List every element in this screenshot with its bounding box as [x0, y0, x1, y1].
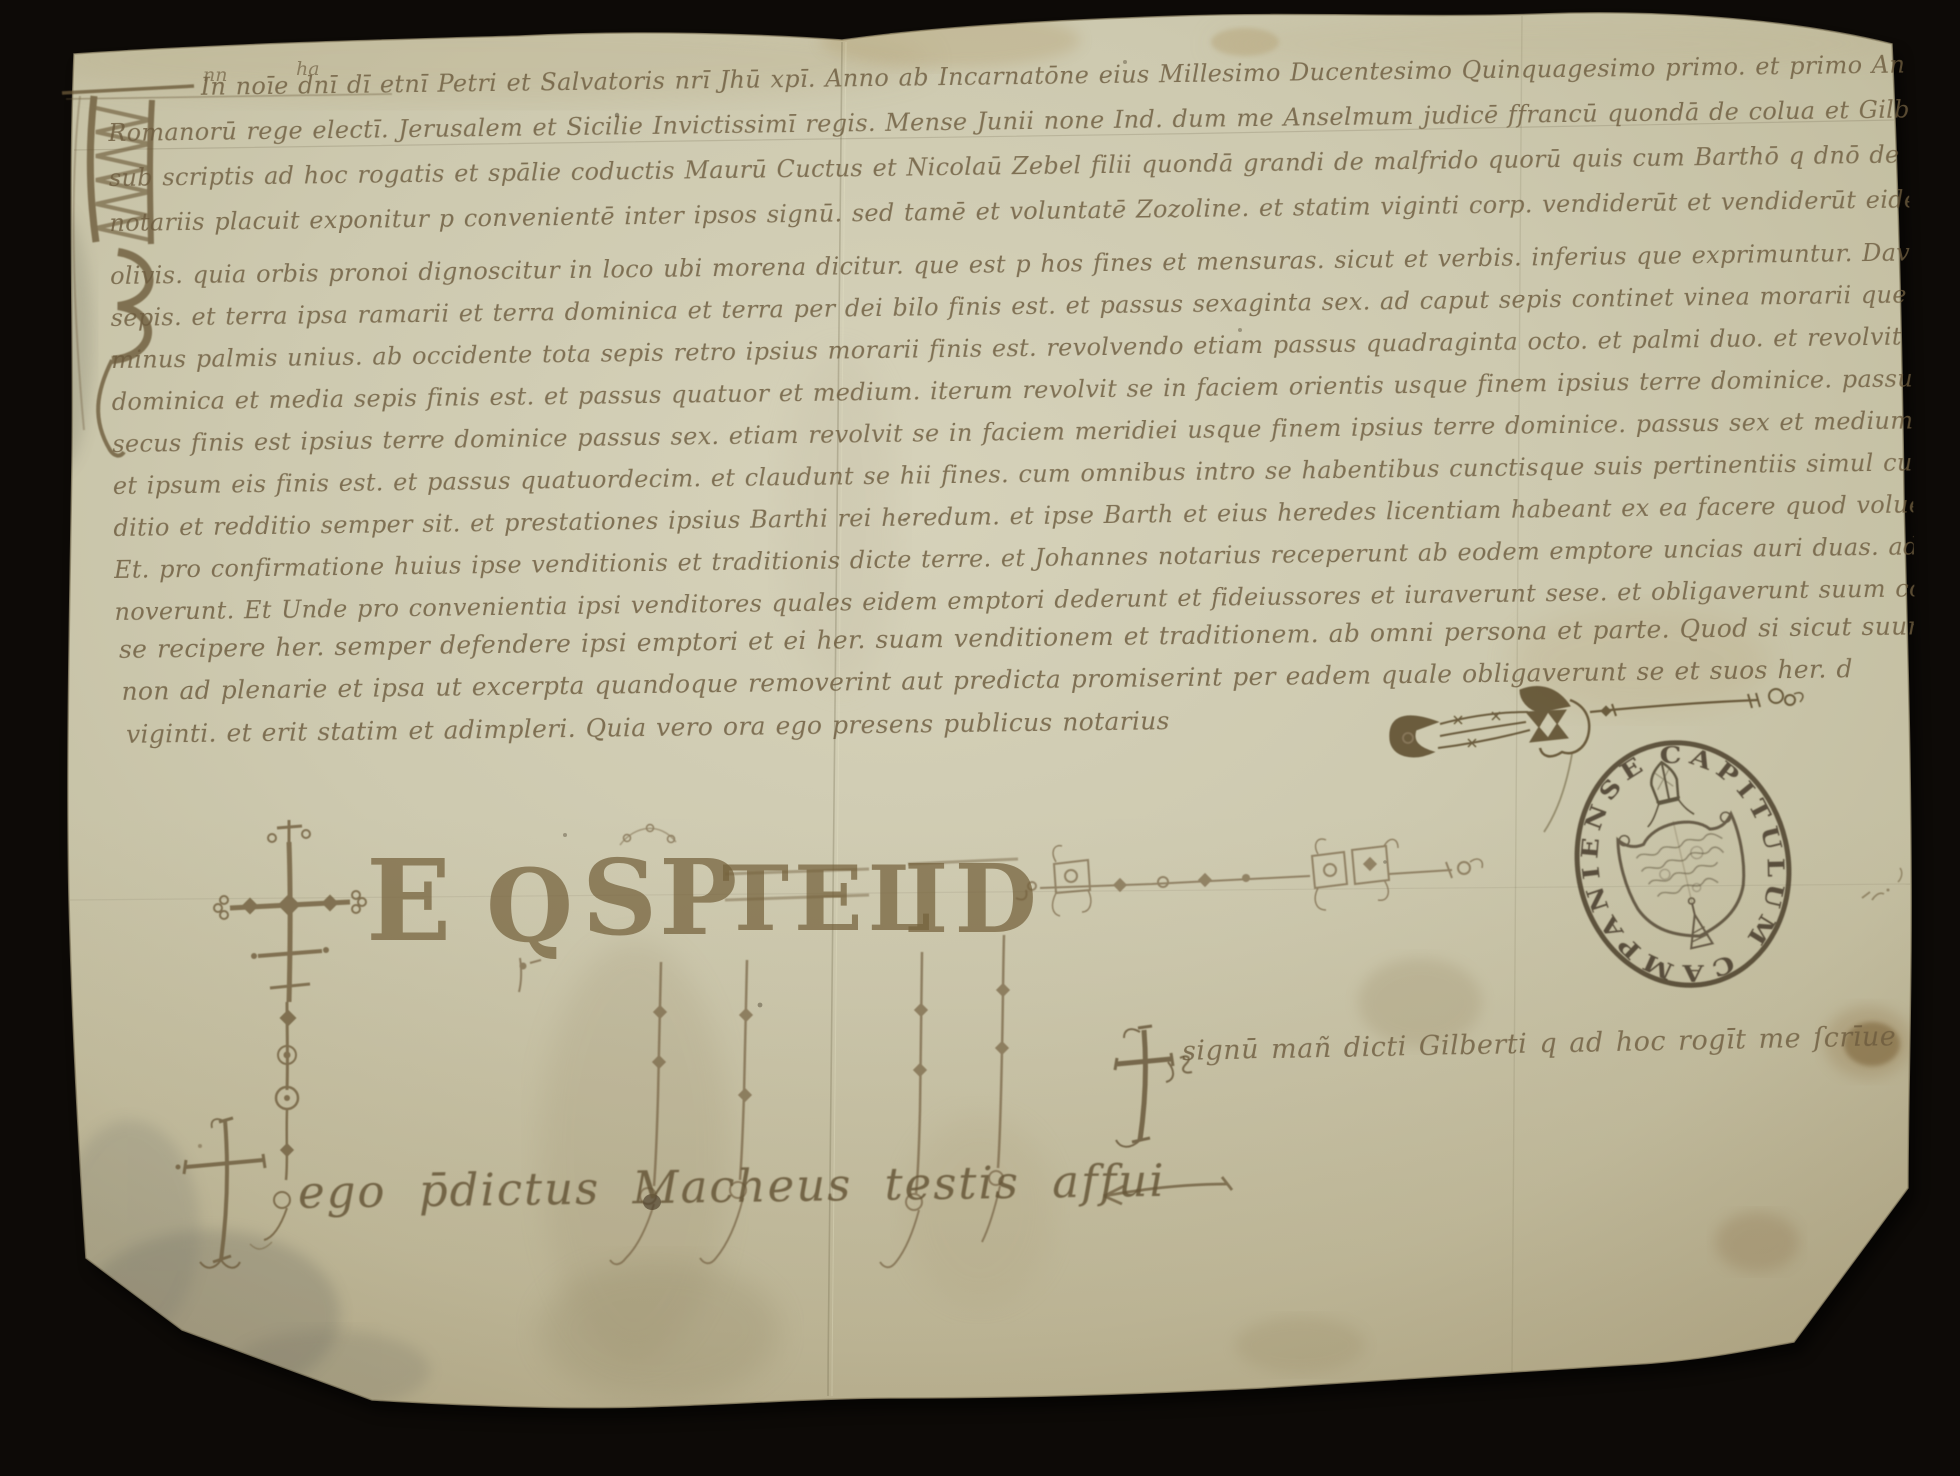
monogram-letter-e: E [366, 846, 451, 958]
signum-manus-line: signū mañ dicti Gilberti q ad hoc rogīt … [1182, 1021, 1897, 1067]
photographed-parchment-charter: CAPITULUM CAMPANIENSE [0, 0, 1960, 1476]
interlinear-word: ha [296, 58, 320, 80]
monogram-letter-q: Q [486, 856, 573, 956]
monogram-letter-sp: SP [582, 846, 739, 950]
annotations-layer: nn ha E Q SP TEL ID signū mañ dicti Gilb… [0, 0, 1960, 1476]
interlinear-word: nn [203, 64, 227, 86]
notary-signature-line: ego p̄dictus Macheus testis affui [298, 1154, 1166, 1219]
monogram-letter-id: ID [904, 852, 1043, 947]
